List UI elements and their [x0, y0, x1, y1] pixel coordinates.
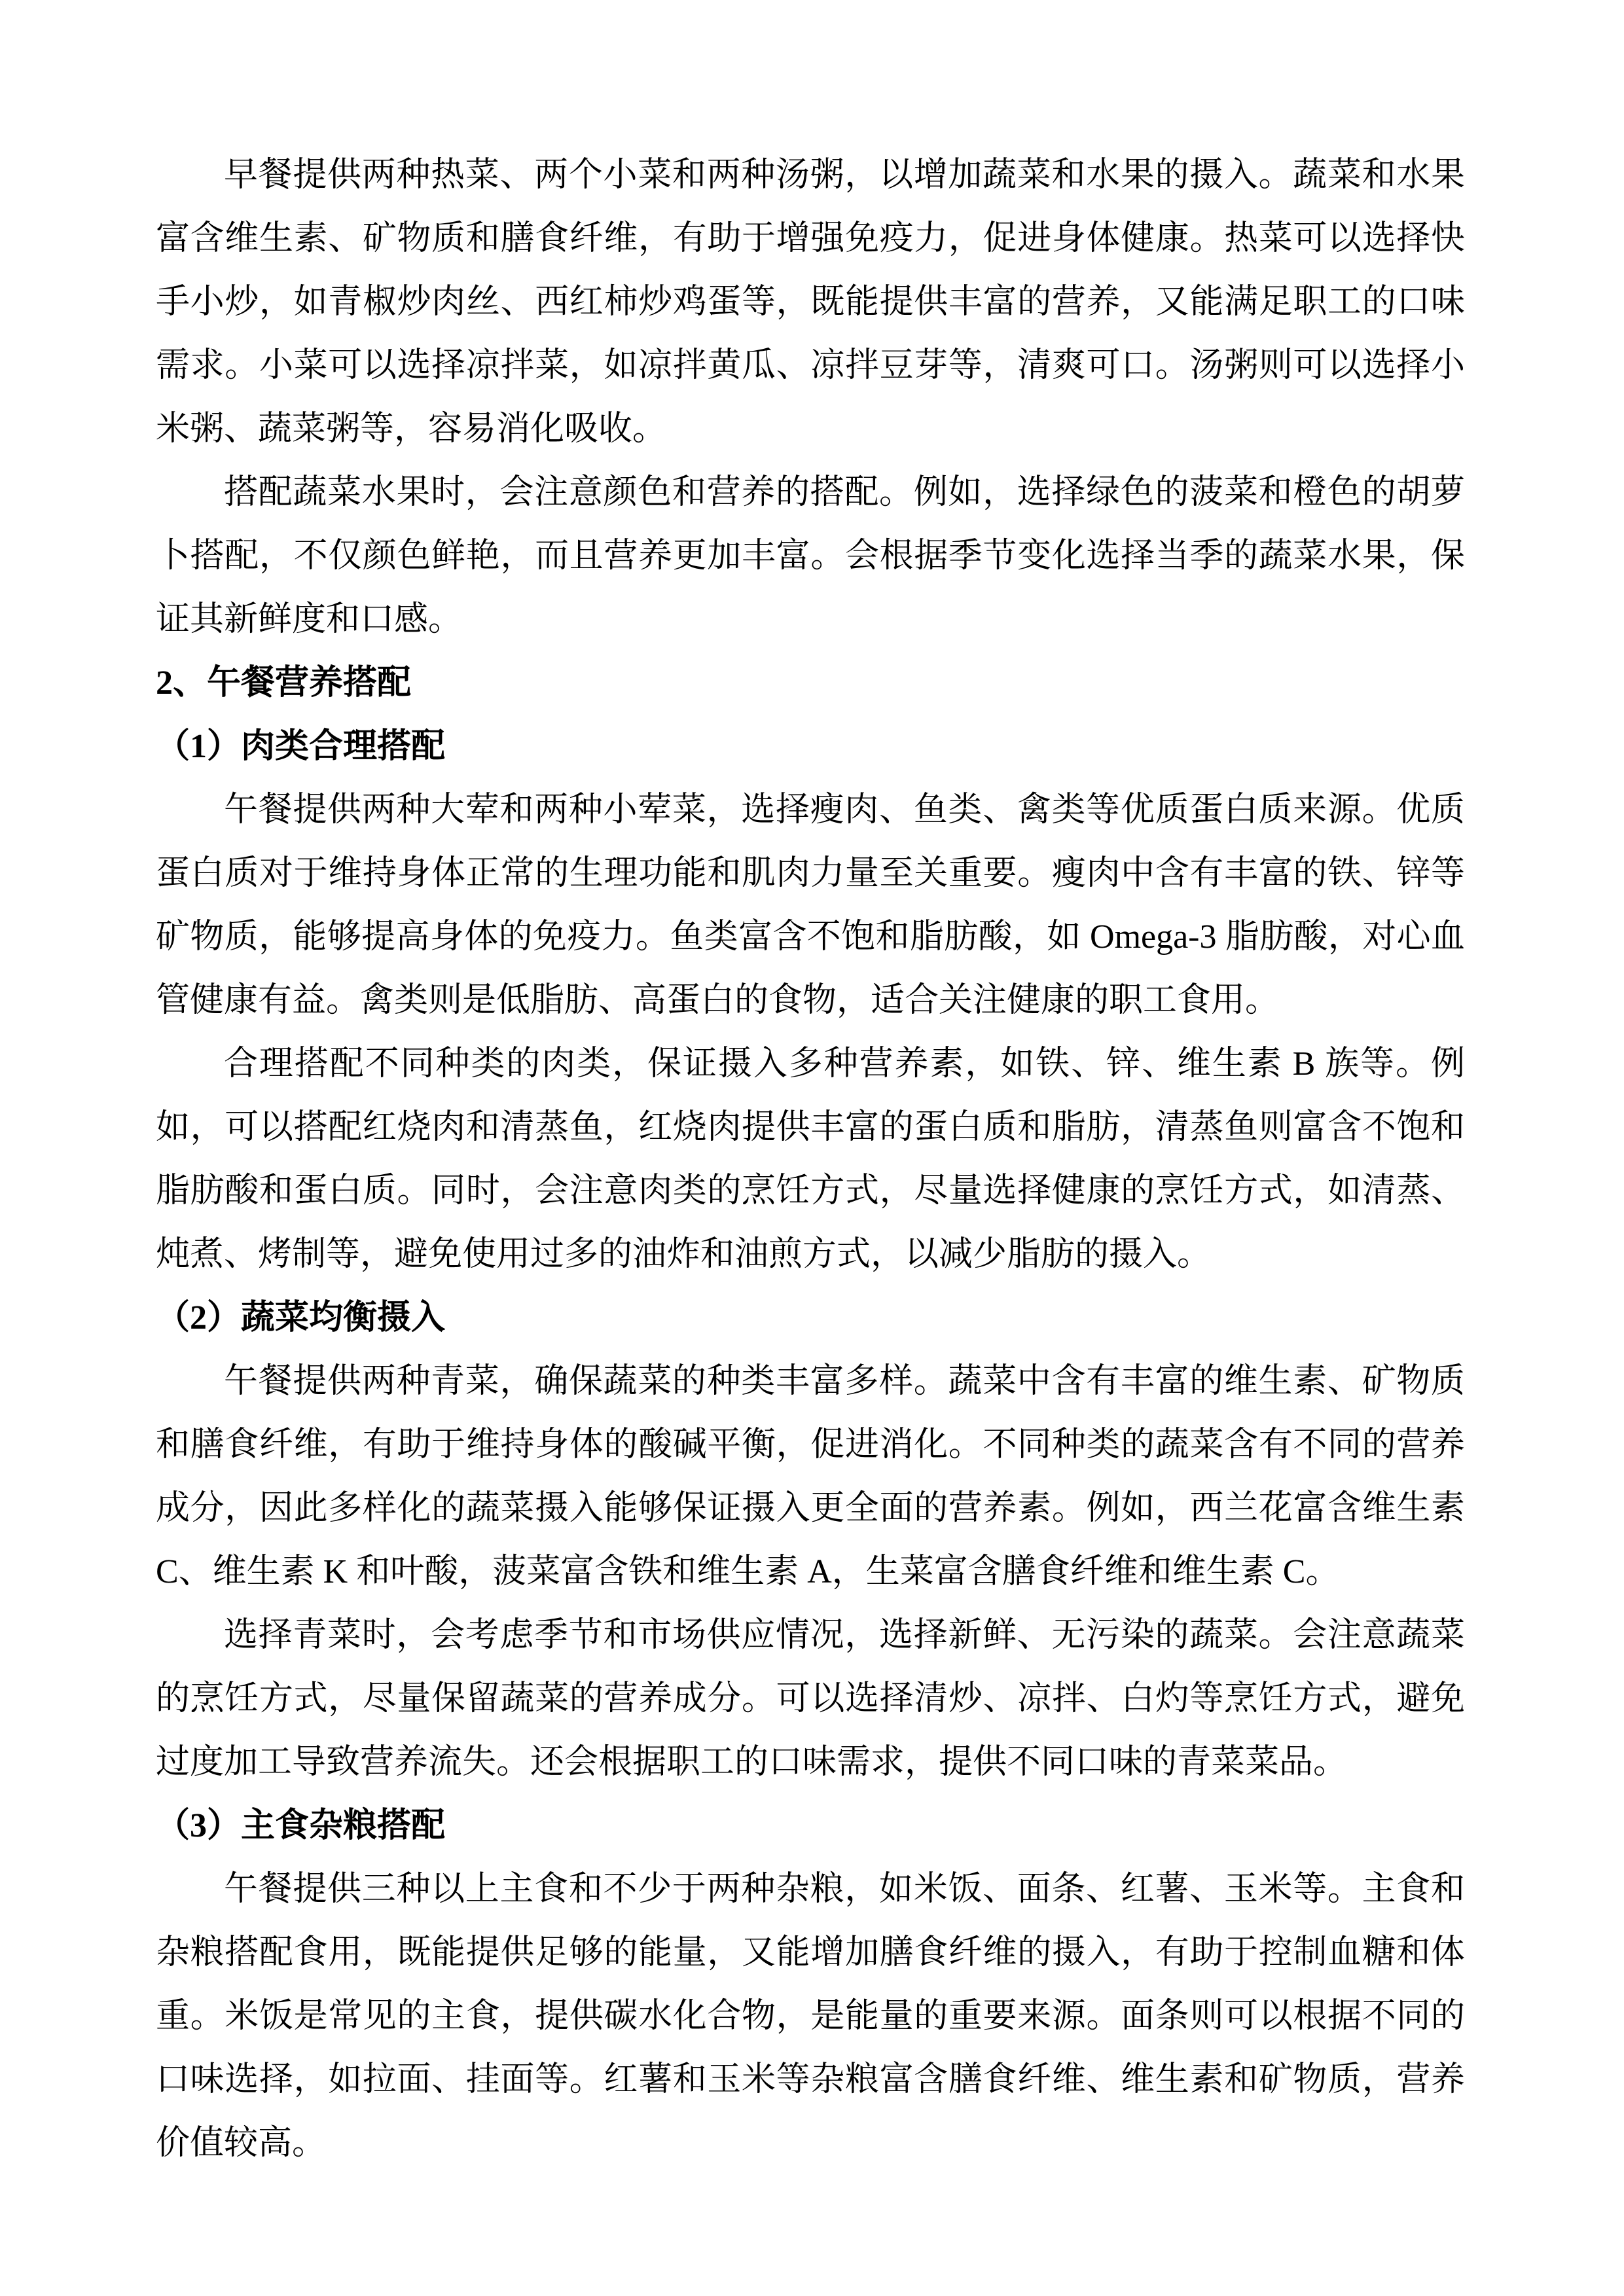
subsection-heading-vegetable-balance: （2）蔬菜均衡摄入	[156, 1286, 1465, 1350]
paragraph-meat-combination: 合理搭配不同种类的肉类，保证摄入多种营养素，如铁、锌、维生素 B 族等。例如，可…	[156, 1032, 1465, 1286]
document-body: 早餐提供两种热菜、两个小菜和两种汤粥，以增加蔬菜和水果的摄入。蔬菜和水果富含维生…	[156, 143, 1465, 2175]
paragraph-breakfast-overview: 早餐提供两种热菜、两个小菜和两种汤粥，以增加蔬菜和水果的摄入。蔬菜和水果富含维生…	[156, 143, 1465, 461]
subsection-heading-staple-grains: （3）主食杂粮搭配	[156, 1794, 1465, 1857]
paragraph-vegetable-selection: 选择青菜时，会考虑季节和市场供应情况，选择新鲜、无污染的蔬菜。会注意蔬菜的烹饪方…	[156, 1604, 1465, 1794]
paragraph-color-pairing: 搭配蔬菜水果时，会注意颜色和营养的搭配。例如，选择绿色的菠菜和橙色的胡萝卜搭配，…	[156, 461, 1465, 651]
paragraph-meat-protein-sources: 午餐提供两种大荤和两种小荤菜，选择瘦肉、鱼类、禽类等优质蛋白质来源。优质蛋白质对…	[156, 778, 1465, 1032]
document-page: 早餐提供两种热菜、两个小菜和两种汤粥，以增加蔬菜和水果的摄入。蔬菜和水果富含维生…	[0, 0, 1624, 2296]
subsection-heading-meat-pairing: （1）肉类合理搭配	[156, 715, 1465, 778]
paragraph-vegetable-variety: 午餐提供两种青菜，确保蔬菜的种类丰富多样。蔬菜中含有丰富的维生素、矿物质和膳食纤…	[156, 1350, 1465, 1604]
paragraph-staple-grain-pairing: 午餐提供三种以上主食和不少于两种杂粮，如米饭、面条、红薯、玉米等。主食和杂粮搭配…	[156, 1857, 1465, 2175]
section-heading-lunch-nutrition: 2、午餐营养搭配	[156, 651, 1465, 715]
